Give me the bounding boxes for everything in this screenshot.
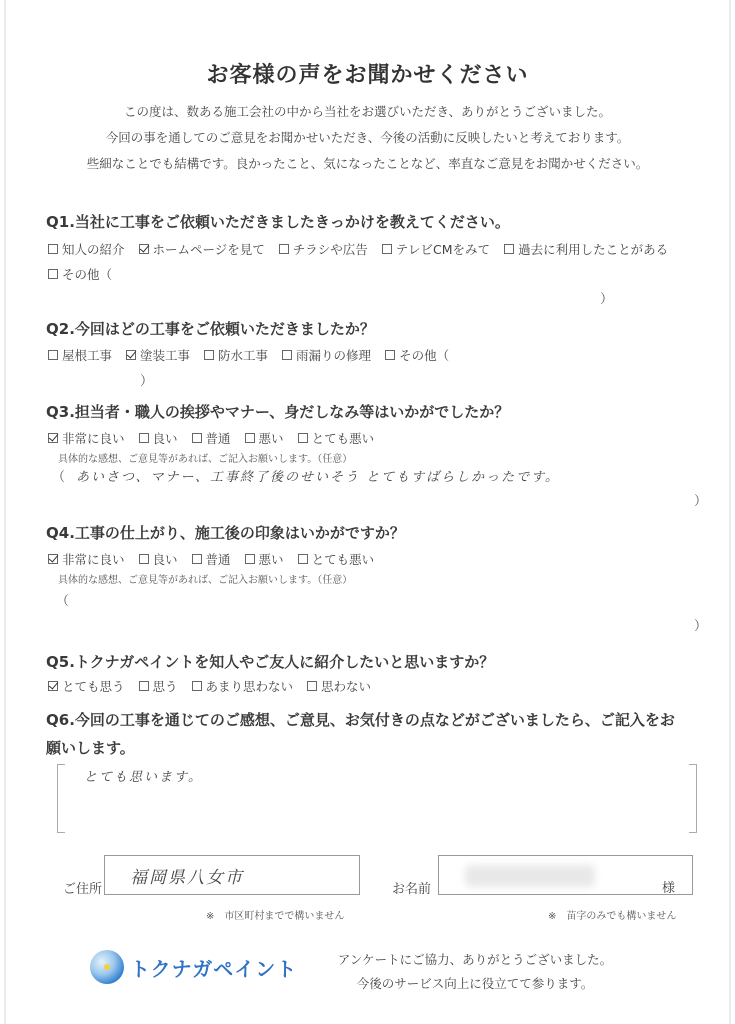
option-label: 知人の紹介 (62, 240, 125, 258)
q2-close-paren: ） (140, 370, 153, 389)
q1-question: Q1.当社に工事をご依頼いただきましたきっかけを教えてください。 (46, 211, 510, 232)
checkbox[interactable] (48, 350, 58, 360)
q5-option-strongly-yes[interactable]: とても思う (48, 677, 125, 695)
page-title: お客様の声をお聞かせください (0, 58, 735, 89)
intro-line-2: 今回の事を通してのご意見をお聞かせいただき、今後の活動に反映したいと考えておりま… (0, 128, 735, 146)
option-label: 過去に利用したことがある (518, 240, 668, 258)
intro-line-3: 些細なことでも結構です。良かったこと、気になったことなど、率直なご意見をお聞かせ… (0, 154, 735, 172)
address-value: 福岡県八女市 (130, 863, 244, 888)
checkbox-checked[interactable] (48, 433, 58, 443)
intro-line-1: この度は、数ある施工会社の中から当社をお選びいただき、ありがとうございました。 (0, 102, 735, 120)
option-label: 塗装工事 (140, 346, 190, 364)
q4-options: 非常に良い 良い 普通 悪い とても悪い (48, 550, 374, 568)
option-label: とても悪い (312, 429, 375, 447)
q3-question: Q3.担当者・職人の挨拶やマナー、身だしなみ等はいかがでしたか？ (46, 401, 509, 422)
q1-option-homepage[interactable]: ホームページを見て (139, 240, 265, 258)
q1-options: 知人の紹介 ホームページを見て チラシや広告 テレビCMをみて 過去に利用したこ… (48, 240, 668, 258)
option-label: 普通 (206, 429, 231, 447)
q3-options: 非常に良い 良い 普通 悪い とても悪い (48, 429, 374, 447)
checkbox[interactable] (279, 244, 289, 254)
q3-option-excellent[interactable]: 非常に良い (48, 429, 125, 447)
option-label: とても思う (62, 677, 125, 695)
option-label: 思う (153, 677, 178, 695)
checkbox[interactable] (385, 350, 395, 360)
logo-globe-icon (90, 950, 124, 984)
checkbox[interactable] (192, 433, 202, 443)
checkbox[interactable] (298, 433, 308, 443)
option-label: その他（ (62, 265, 112, 283)
q2-option-leak-repair[interactable]: 雨漏りの修理 (282, 346, 371, 364)
q1-option-other[interactable]: その他（ (48, 265, 112, 283)
checkbox[interactable] (282, 350, 292, 360)
q4-note: 具体的な感想、ご意見等があれば、ご記入お願いします。（任意） (58, 571, 352, 586)
q1-option-referral[interactable]: 知人の紹介 (48, 240, 125, 258)
q1-option-flyer[interactable]: チラシや広告 (279, 240, 368, 258)
checkbox-checked[interactable] (48, 681, 58, 691)
q4-option-bad[interactable]: 悪い (245, 550, 284, 568)
q4-option-good[interactable]: 良い (139, 550, 178, 568)
q6-question-line-1: Q6.今回の工事を通じてのご感想、ご意見、お気付きの点などがございましたら、ご記… (46, 709, 675, 730)
q5-question: Q5.トクナガペイントを知人やご友人に紹介したいと思いますか？ (46, 651, 494, 672)
option-label: 良い (153, 429, 178, 447)
checkbox-checked[interactable] (48, 554, 58, 564)
option-label: 防水工事 (218, 346, 268, 364)
checkbox[interactable] (504, 244, 514, 254)
option-label: 非常に良い (62, 429, 125, 447)
q2-option-waterproof[interactable]: 防水工事 (204, 346, 268, 364)
q5-option-not-really[interactable]: あまり思わない (192, 677, 294, 695)
q2-option-other[interactable]: その他（ (385, 346, 449, 364)
option-label: あまり思わない (206, 677, 294, 695)
address-note: ※ 市区町村までで構いません (206, 907, 344, 922)
q3-option-average[interactable]: 普通 (192, 429, 231, 447)
q1-option-past-use[interactable]: 過去に利用したことがある (504, 240, 668, 258)
checkbox[interactable] (298, 554, 308, 564)
q5-option-yes[interactable]: 思う (139, 677, 178, 695)
checkbox[interactable] (139, 681, 149, 691)
q1-other: その他（ (48, 265, 112, 283)
checkbox[interactable] (307, 681, 317, 691)
checkbox-checked[interactable] (126, 350, 136, 360)
option-label: 非常に良い (62, 550, 125, 568)
checkbox[interactable] (382, 244, 392, 254)
q6-bracket-left (57, 764, 65, 833)
checkbox[interactable] (139, 554, 149, 564)
checkbox[interactable] (245, 433, 255, 443)
q4-option-excellent[interactable]: 非常に良い (48, 550, 125, 568)
q3-option-bad[interactable]: 悪い (245, 429, 284, 447)
q3-comment[interactable]: あいさつ、マナー、工事終了後のせいそう とてもすばらしかったです。 (76, 466, 560, 485)
q4-option-very-bad[interactable]: とても悪い (298, 550, 375, 568)
name-redacted (465, 865, 595, 887)
option-label: チラシや広告 (293, 240, 368, 258)
checkbox[interactable] (192, 554, 202, 564)
thanks-line-2: 今後のサービス向上に役立てて参ります。 (325, 974, 625, 992)
checkbox[interactable] (204, 350, 214, 360)
option-label: 悪い (259, 550, 284, 568)
checkbox[interactable] (139, 433, 149, 443)
q4-open-paren: （ (56, 590, 69, 609)
checkbox[interactable] (48, 244, 58, 254)
option-label: 悪い (259, 429, 284, 447)
q3-note: 具体的な感想、ご意見等があれば、ご記入お願いします。（任意） (58, 450, 352, 465)
option-label: 屋根工事 (62, 346, 112, 364)
q4-question: Q4.工事の仕上がり、施工後の印象はいかがですか？ (46, 522, 405, 543)
checkbox-checked[interactable] (139, 244, 149, 254)
q3-option-good[interactable]: 良い (139, 429, 178, 447)
q1-close-paren: ） (600, 288, 613, 307)
name-suffix: 様 (662, 877, 675, 896)
checkbox[interactable] (192, 681, 202, 691)
q2-question: Q2.今回はどの工事をご依頼いただきましたか？ (46, 318, 375, 339)
option-label: その他（ (399, 346, 449, 364)
q5-options: とても思う 思う あまり思わない 思わない (48, 677, 371, 695)
q4-option-average[interactable]: 普通 (192, 550, 231, 568)
company-logo: トクナガペイント (90, 950, 297, 984)
option-label: 思わない (321, 677, 371, 695)
q2-option-roof[interactable]: 屋根工事 (48, 346, 112, 364)
q1-option-tvcm[interactable]: テレビCMをみて (382, 240, 490, 258)
option-label: ホームページを見て (153, 240, 265, 258)
q3-close-paren: ） (694, 490, 707, 509)
name-label: お名前 (392, 878, 431, 897)
q6-question-line-2: 願いします。 (46, 737, 135, 758)
option-label: とても悪い (312, 550, 375, 568)
q2-options: 屋根工事 塗装工事 防水工事 雨漏りの修理 その他（ (48, 346, 449, 364)
q3-option-very-bad[interactable]: とても悪い (298, 429, 375, 447)
option-label: 普通 (206, 550, 231, 568)
checkbox[interactable] (245, 554, 255, 564)
q2-option-painting[interactable]: 塗装工事 (126, 346, 190, 364)
option-label: 雨漏りの修理 (296, 346, 371, 364)
q6-bracket-right (689, 764, 697, 833)
logo-text: トクナガペイント (130, 953, 297, 982)
option-label: 良い (153, 550, 178, 568)
address-label: ご住所 (63, 878, 102, 897)
q5-option-no[interactable]: 思わない (307, 677, 371, 695)
name-note: ※ 苗字のみでも構いません (548, 907, 676, 922)
q3-open-paren: （ (52, 466, 65, 485)
option-label: テレビCMをみて (396, 240, 490, 258)
thanks-line-1: アンケートにご協力、ありがとうございました。 (325, 950, 625, 968)
q6-comment[interactable]: とても思います。 (84, 766, 203, 785)
checkbox[interactable] (48, 269, 58, 279)
q4-close-paren: ） (694, 615, 707, 634)
